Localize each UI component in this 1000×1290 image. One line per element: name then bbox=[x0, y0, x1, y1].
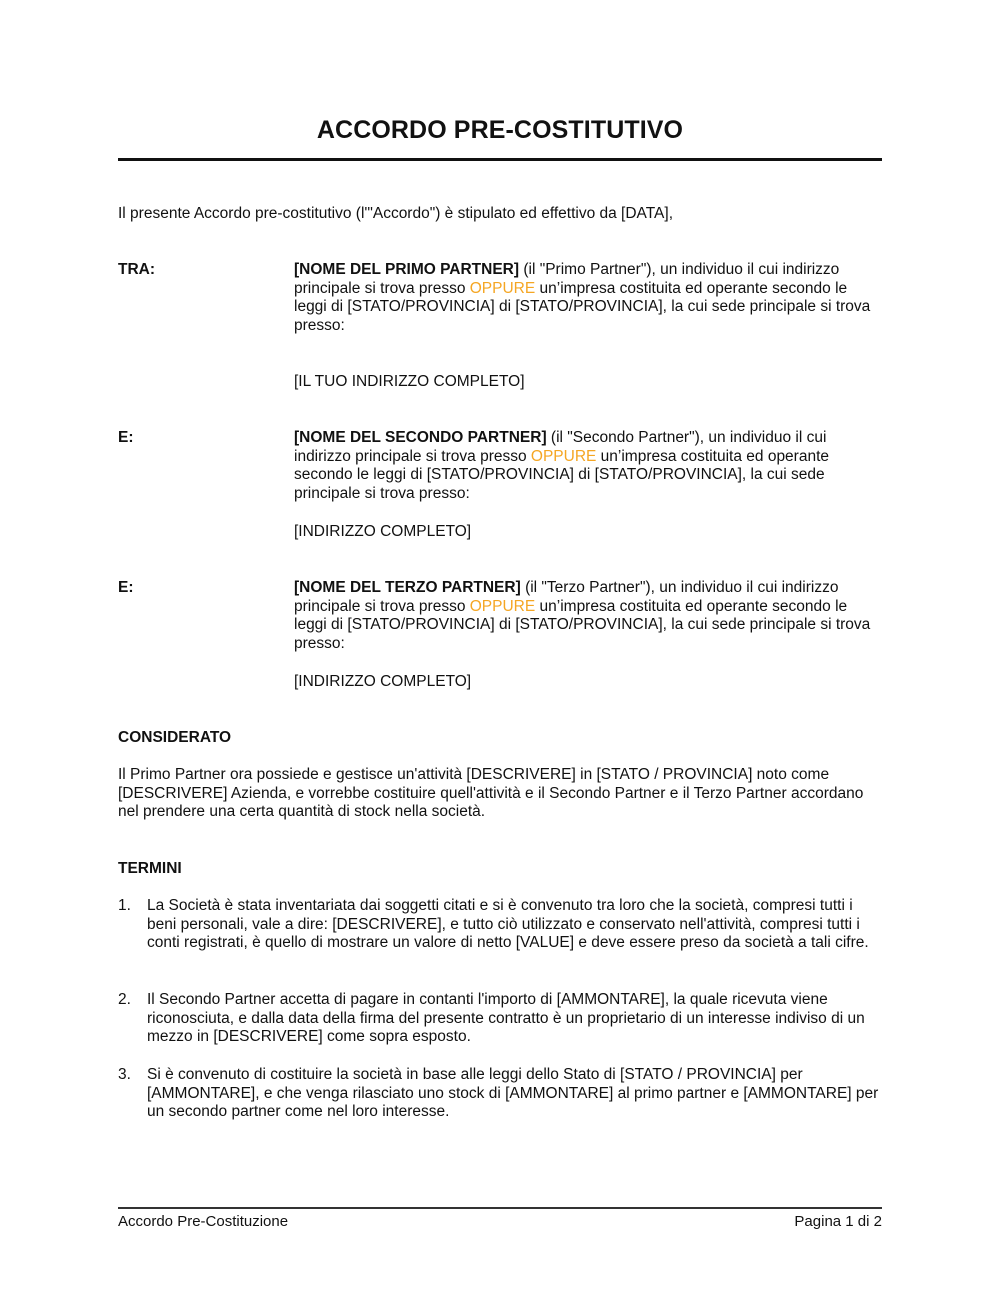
alternative-marker: OPPURE bbox=[470, 280, 535, 297]
footer-page-number: Pagina 1 di 2 bbox=[794, 1213, 882, 1230]
title-divider bbox=[118, 158, 882, 161]
term-text: Si è convenuto di costituire la società … bbox=[147, 1066, 882, 1122]
term-text: La Società è stata inventariata dai sogg… bbox=[147, 897, 882, 953]
party-description: [NOME DEL PRIMO PARTNER] (il "Primo Part… bbox=[294, 261, 882, 336]
term-number: 2. bbox=[118, 991, 131, 1010]
term-number: 3. bbox=[118, 1066, 131, 1085]
section-heading-considerato: CONSIDERATO bbox=[118, 729, 231, 747]
party-name: [NOME DEL SECONDO PARTNER] bbox=[294, 429, 547, 446]
footer-document-name: Accordo Pre-Costituzione bbox=[118, 1213, 288, 1230]
considerato-paragraph: Il Primo Partner ora possiede e gestisce… bbox=[118, 766, 882, 822]
party-description: [NOME DEL TERZO PARTNER] (il "Terzo Part… bbox=[294, 579, 882, 654]
party-address: [INDIRIZZO COMPLETO] bbox=[294, 523, 471, 541]
party-label: E: bbox=[118, 429, 134, 447]
party-name: [NOME DEL TERZO PARTNER] bbox=[294, 579, 521, 596]
party-label: TRA: bbox=[118, 261, 155, 279]
party-address: [IL TUO INDIRIZZO COMPLETO] bbox=[294, 373, 525, 391]
footer-divider bbox=[118, 1207, 882, 1209]
document-title: ACCORDO PRE-COSTITUTIVO bbox=[118, 116, 882, 145]
party-label: E: bbox=[118, 579, 134, 597]
party-address: [INDIRIZZO COMPLETO] bbox=[294, 673, 471, 691]
party-name: [NOME DEL PRIMO PARTNER] bbox=[294, 261, 519, 278]
term-number: 1. bbox=[118, 897, 131, 916]
term-text: Il Secondo Partner accetta di pagare in … bbox=[147, 991, 882, 1047]
alternative-marker: OPPURE bbox=[470, 598, 535, 615]
alternative-marker: OPPURE bbox=[531, 448, 596, 465]
intro-paragraph: Il presente Accordo pre-costitutivo (l'"… bbox=[118, 205, 673, 224]
section-heading-termini: TERMINI bbox=[118, 860, 182, 878]
party-description: [NOME DEL SECONDO PARTNER] (il "Secondo … bbox=[294, 429, 882, 504]
